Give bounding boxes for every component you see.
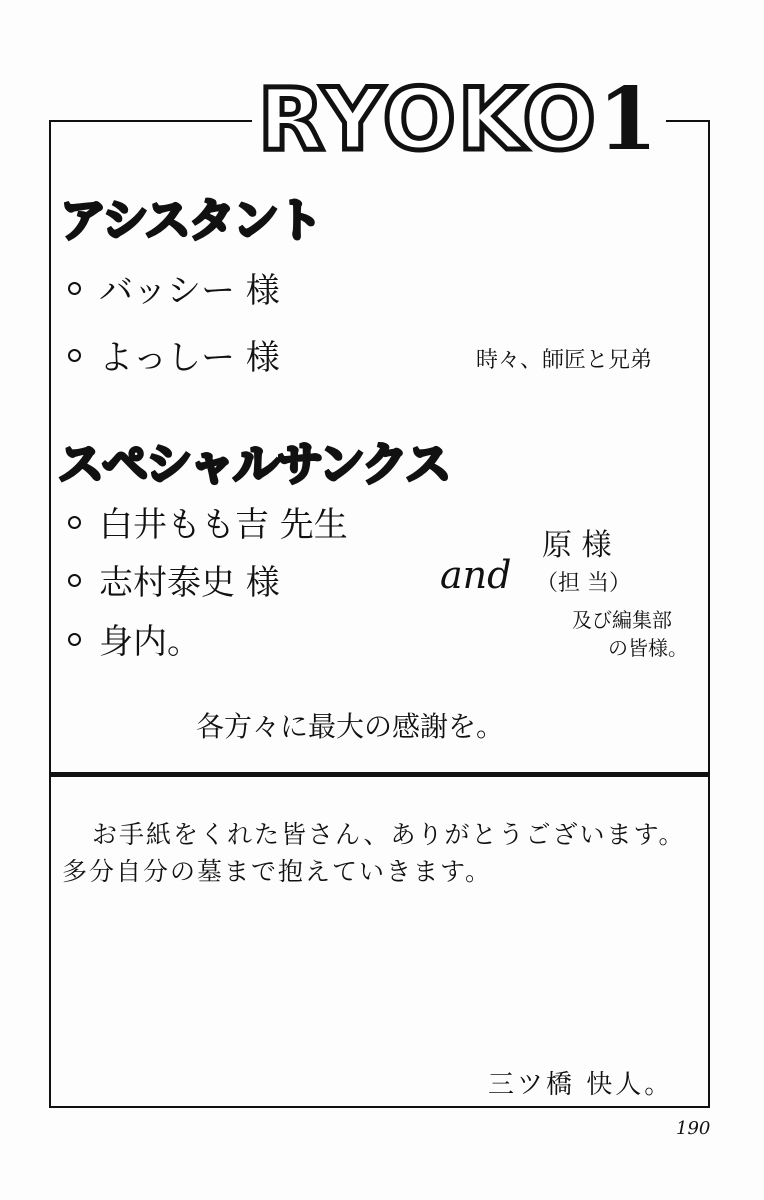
assistant-note: 時々、師匠と兄弟	[476, 343, 652, 374]
letter-line-1: お手紙をくれた皆さん、ありがとうございます。	[92, 815, 686, 851]
bullet-icon	[68, 633, 81, 646]
assistants-heading: アシスタント	[60, 184, 321, 250]
page-number: 190	[676, 1118, 710, 1139]
thanks-name: 身内。	[99, 622, 201, 662]
thanks-name: 白井もも吉 先生	[99, 505, 348, 545]
thanks-item: 身内。	[68, 614, 201, 663]
closing-thanks: 各方々に最大の感謝を。	[196, 705, 504, 745]
editor-role: （担 当）	[536, 566, 631, 597]
bullet-icon	[68, 516, 81, 529]
title-text: RYOKO	[258, 70, 598, 170]
special-thanks-heading: スペシャルサンクス	[58, 428, 449, 494]
thanks-item: 白井もも吉 先生	[68, 497, 348, 546]
page-title: RYOKO1	[252, 70, 666, 170]
assistant-item: よっしー 様	[68, 330, 280, 379]
section-divider	[49, 772, 710, 777]
assistant-name: よっしー 様	[99, 338, 280, 378]
bullet-icon	[68, 282, 81, 295]
editor-name: 原 様	[542, 520, 612, 564]
thanks-item: 志村泰史 様	[68, 555, 280, 604]
editorial-dept-line1: 及び編集部	[572, 604, 672, 633]
title-volume-number: 1	[598, 69, 660, 170]
editorial-dept-line2: の皆様。	[608, 632, 688, 661]
bullet-icon	[68, 349, 81, 362]
letter-line-2: 多分自分の墓まで抱えていきます。	[62, 852, 492, 888]
assistant-item: バッシー 様	[68, 263, 280, 312]
author-signature: 三ツ橋 快人。	[488, 1064, 673, 1101]
bullet-icon	[68, 574, 81, 587]
assistant-name: バッシー 様	[99, 271, 280, 311]
and-label: and	[440, 553, 511, 597]
thanks-name: 志村泰史 様	[99, 563, 280, 603]
